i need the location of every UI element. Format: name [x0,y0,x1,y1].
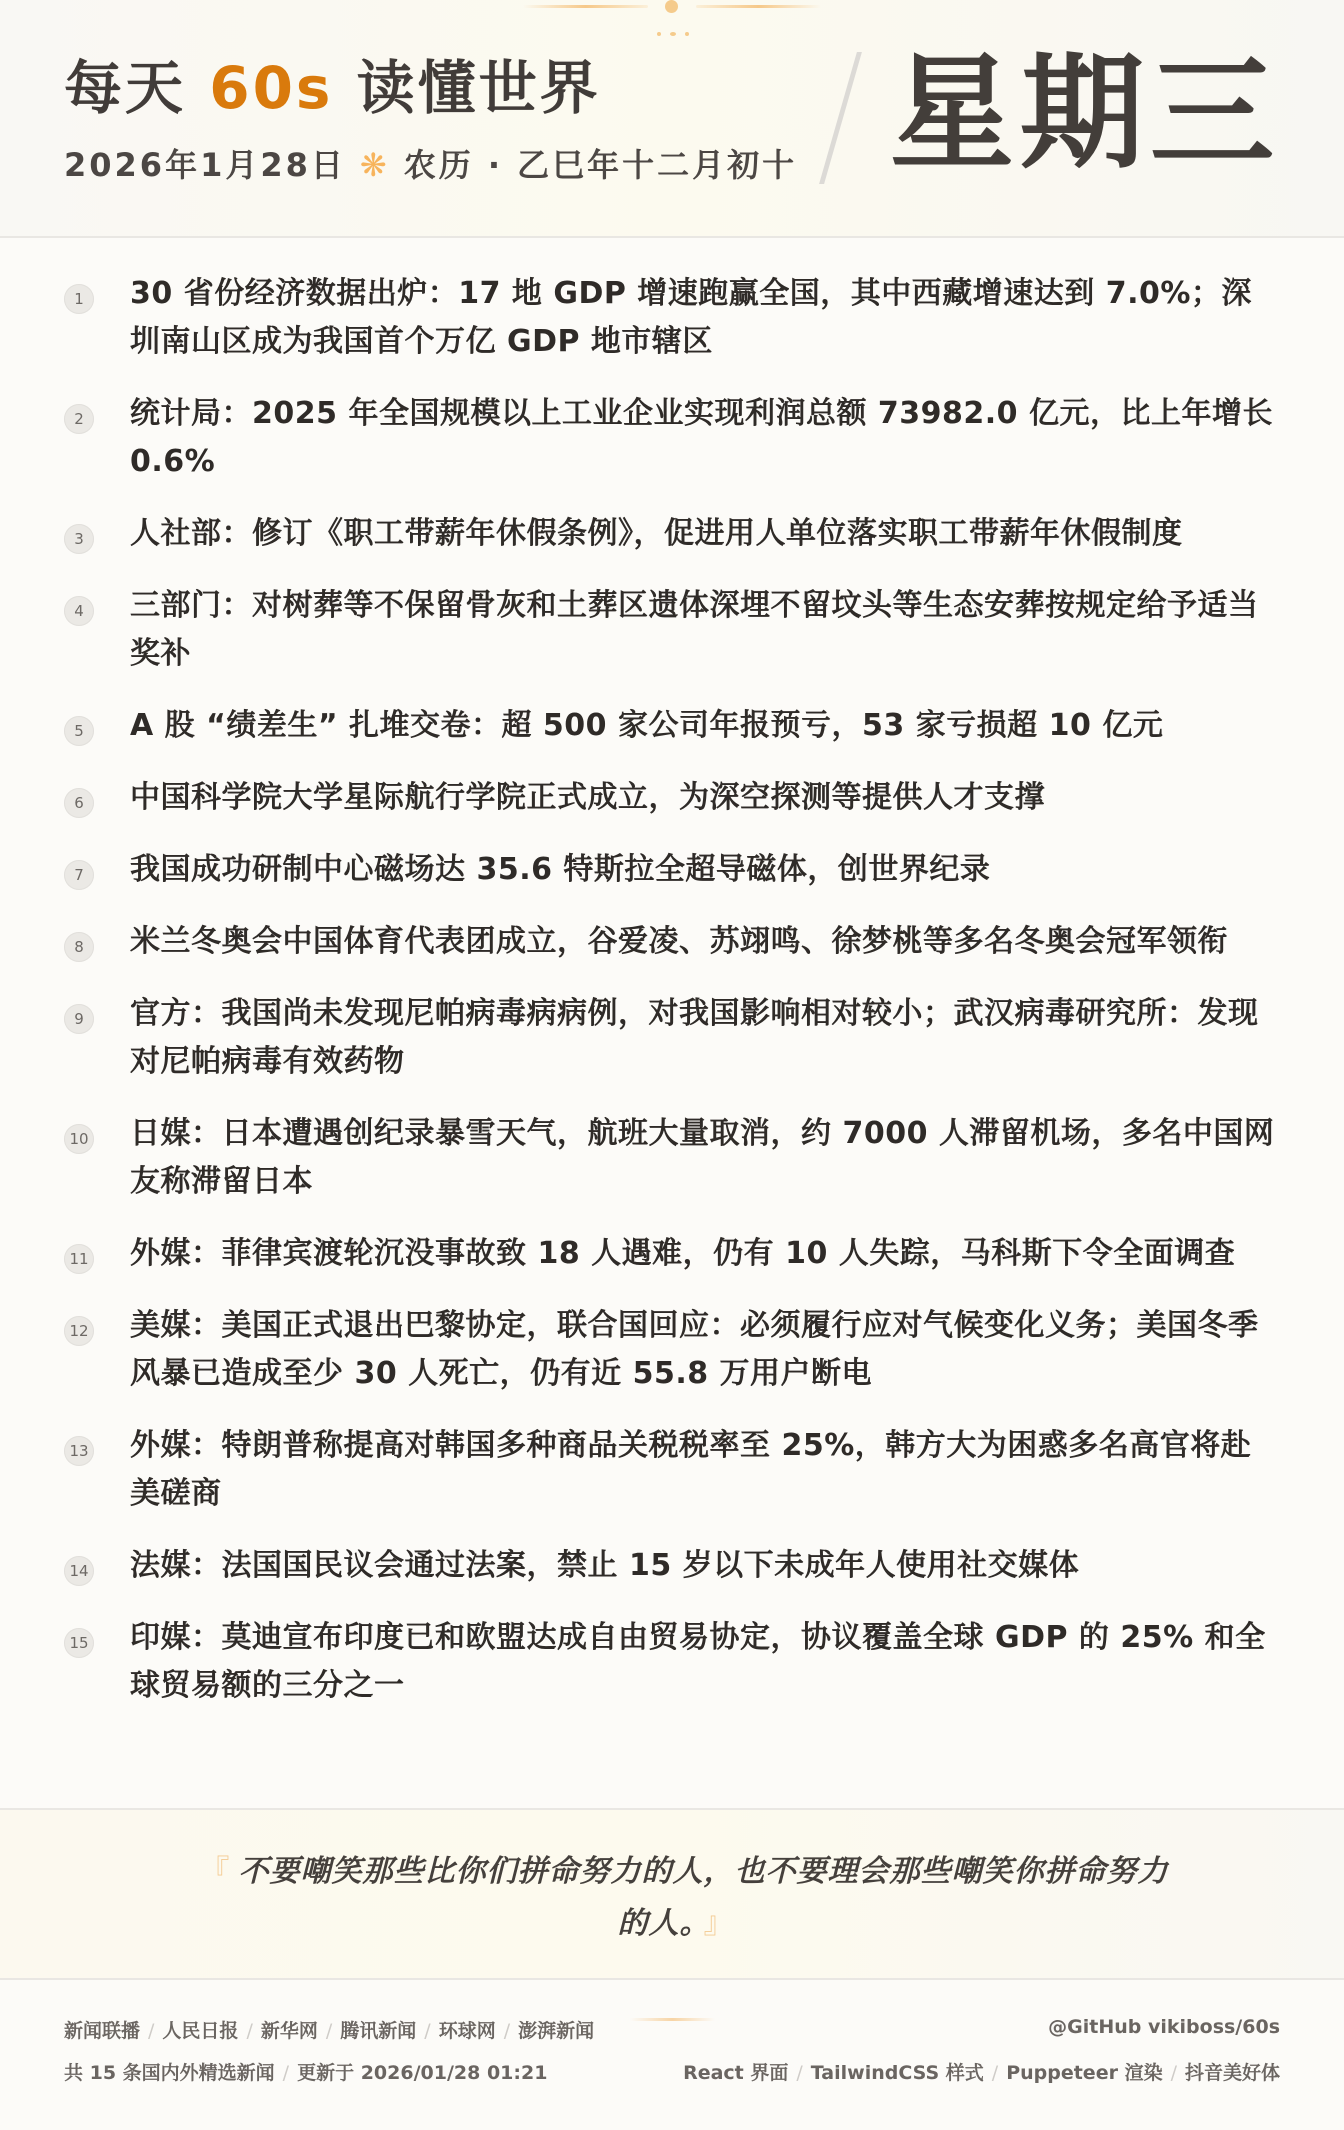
title-accent: 60s [209,54,333,122]
news-item: 11外媒：菲律宾渡轮沉没事故致 18 人遇难，仍有 10 人失踪，马科斯下令全面… [0,1230,1344,1278]
news-headline: 三部门：对树葬等不保留骨灰和土葬区遗体深埋不留坟头等生态安葬按规定给予适当奖补 [130,582,1280,678]
ornament-dot [665,0,678,13]
news-number-badge: 13 [64,1436,94,1466]
news-item: 8米兰冬奥会中国体育代表团成立，谷爱凌、苏翊鸣、徐梦桃等多名冬奥会冠军领衔 [0,918,1344,966]
news-headline: 中国科学院大学星际航行学院正式成立，为深空探测等提供人才支撑 [130,774,1280,822]
separator: / [504,2020,510,2042]
news-item: 9官方：我国尚未发现尼帕病毒病病例，对我国影响相对较小；武汉病毒研究所：发现对尼… [0,990,1344,1086]
separator: / [246,2020,252,2042]
news-item: 2统计局：2025 年全国规模以上工业企业实现利润总额 73982.0 亿元，比… [0,390,1344,486]
news-item: 4三部门：对树葬等不保留骨灰和土葬区遗体深埋不留坟头等生态安葬按规定给予适当奖补 [0,582,1344,678]
separator: / [992,2062,998,2084]
footer-sources: 新闻联播/人民日报/新华网/腾讯新闻/环球网/澎湃新闻 [64,2016,594,2043]
news-headline: 日媒：日本遭遇创纪录暴雪天气，航班大量取消，约 7000 人滞留机场，多名中国网… [130,1110,1280,1206]
news-number-badge: 9 [64,1004,94,1034]
news-item: 130 省份经济数据出炉：17 地 GDP 增速跑赢全国，其中西藏增速达到 7.… [0,270,1344,366]
tech-credit: TailwindCSS 样式 [811,2062,984,2084]
quote-text: 『不要嘲笑那些比你们拼命努力的人，也不要理会那些嘲笑你拼命努力的人。』 [180,1846,1180,1950]
quote-close-mark: 』 [704,1906,735,1941]
page-header: 每天 60s 读懂世界 2026年1月28日❋农历 · 乙巳年十二月初十 星期三 [0,0,1344,238]
news-number-badge: 10 [64,1124,94,1154]
news-headline: 外媒：菲律宾渡轮沉没事故致 18 人遇难，仍有 10 人失踪，马科斯下令全面调查 [130,1230,1280,1278]
footer-meta: 共 15 条国内外精选新闻/更新于 2026/01/28 01:21 [64,2058,547,2085]
news-number-badge: 5 [64,716,94,746]
news-headline: 米兰冬奥会中国体育代表团成立，谷爱凌、苏翊鸣、徐梦桃等多名冬奥会冠军领衔 [130,918,1280,966]
news-source: 澎湃新闻 [518,2020,594,2042]
footer-tech-stack: React 界面/TailwindCSS 样式/Puppeteer 渲染/抖音美… [683,2058,1280,2085]
ornament-mini-dot [685,32,689,36]
page-title: 每天 60s 读懂世界 [64,52,601,124]
news-item: 6中国科学院大学星际航行学院正式成立，为深空探测等提供人才支撑 [0,774,1344,822]
lunar-date: 农历 · 乙巳年十二月初十 [404,146,797,184]
ornament-mini-dot [670,32,676,36]
news-source: 新华网 [261,2020,318,2042]
star-icon: ❋ [360,146,390,184]
separator: / [796,2062,802,2084]
quote-section: 『不要嘲笑那些比你们拼命努力的人，也不要理会那些嘲笑你拼命努力的人。』 [0,1808,1344,1980]
news-headline: 官方：我国尚未发现尼帕病毒病病例，对我国影响相对较小；武汉病毒研究所：发现对尼帕… [130,990,1280,1086]
news-number-badge: 2 [64,404,94,434]
updated-time: 更新于 2026/01/28 01:21 [297,2062,547,2084]
separator: / [326,2020,332,2042]
weekday: 星期三 [890,44,1280,184]
quote-open-mark: 『 [200,1854,231,1889]
footer-accent-line [630,2018,715,2021]
tech-credit: 抖音美好体 [1185,2062,1280,2084]
tech-credit: React 界面 [683,2062,788,2084]
separator: / [148,2020,154,2042]
divider-slash [819,52,862,184]
news-source: 人民日报 [162,2020,238,2042]
news-source: 腾讯新闻 [340,2020,416,2042]
news-number-badge: 1 [64,284,94,314]
news-headline: 美媒：美国正式退出巴黎协定，联合国回应：必须履行应对气候变化义务；美国冬季风暴已… [130,1302,1280,1398]
news-headline: A 股 “绩差生” 扎堆交卷：超 500 家公司年报预亏，53 家亏损超 10 … [130,702,1280,750]
news-item: 3人社部：修订《职工带薪年休假条例》，促进用人单位落实职工带薪年休假制度 [0,510,1344,558]
news-number-badge: 3 [64,524,94,554]
footer: 新闻联播/人民日报/新华网/腾讯新闻/环球网/澎湃新闻 共 15 条国内外精选新… [0,1978,1344,2130]
ornament-mini-dot [657,32,661,36]
news-item: 5A 股 “绩差生” 扎堆交卷：超 500 家公司年报预亏，53 家亏损超 10… [0,702,1344,750]
news-item: 15印媒：莫迪宣布印度已和欧盟达成自由贸易协定，协议覆盖全球 GDP 的 25%… [0,1614,1344,1710]
gregorian-date: 2026年1月28日 [64,146,346,184]
news-headline: 印媒：莫迪宣布印度已和欧盟达成自由贸易协定，协议覆盖全球 GDP 的 25% 和… [130,1614,1280,1710]
ornament-line-right [696,5,821,8]
news-count: 共 15 条国内外精选新闻 [64,2062,275,2084]
news-headline: 外媒：特朗普称提高对韩国多种商品关税税率至 25%，韩方大为困惑多名高官将赴美磋… [130,1422,1280,1518]
news-item: 10日媒：日本遭遇创纪录暴雪天气，航班大量取消，约 7000 人滞留机场，多名中… [0,1110,1344,1206]
news-source: 环球网 [439,2020,496,2042]
news-number-badge: 8 [64,932,94,962]
news-number-badge: 14 [64,1556,94,1586]
news-number-badge: 15 [64,1628,94,1658]
news-number-badge: 7 [64,860,94,890]
news-item: 13外媒：特朗普称提高对韩国多种商品关税税率至 25%，韩方大为困惑多名高官将赴… [0,1422,1344,1518]
title-prefix: 每天 [64,54,186,122]
ornament-line-left [523,5,648,8]
separator: / [424,2020,430,2042]
news-item: 14法媒：法国国民议会通过法案，禁止 15 岁以下未成年人使用社交媒体 [0,1542,1344,1590]
news-number-badge: 4 [64,596,94,626]
news-headline: 法媒：法国国民议会通过法案，禁止 15 岁以下未成年人使用社交媒体 [130,1542,1280,1590]
news-headline: 30 省份经济数据出炉：17 地 GDP 增速跑赢全国，其中西藏增速达到 7.0… [130,270,1280,366]
separator: / [283,2062,289,2084]
news-item: 12美媒：美国正式退出巴黎协定，联合国回应：必须履行应对气候变化义务；美国冬季风… [0,1302,1344,1398]
news-item: 7我国成功研制中心磁场达 35.6 特斯拉全超导磁体，创世界纪录 [0,846,1344,894]
github-credit[interactable]: @GitHub vikiboss/60s [1048,2016,1280,2038]
news-headline: 人社部：修订《职工带薪年休假条例》，促进用人单位落实职工带薪年休假制度 [130,510,1280,558]
date-line: 2026年1月28日❋农历 · 乙巳年十二月初十 [64,143,797,187]
separator: / [1171,2062,1177,2084]
news-number-badge: 11 [64,1244,94,1274]
news-source: 新闻联播 [64,2020,140,2042]
news-list: 130 省份经济数据出炉：17 地 GDP 增速跑赢全国，其中西藏增速达到 7.… [0,270,1344,1734]
tech-credit: Puppeteer 渲染 [1006,2062,1162,2084]
news-number-badge: 12 [64,1316,94,1346]
news-headline: 统计局：2025 年全国规模以上工业企业实现利润总额 73982.0 亿元，比上… [130,390,1280,486]
news-number-badge: 6 [64,788,94,818]
news-headline: 我国成功研制中心磁场达 35.6 特斯拉全超导磁体，创世界纪录 [130,846,1280,894]
title-suffix: 读懂世界 [357,54,601,122]
